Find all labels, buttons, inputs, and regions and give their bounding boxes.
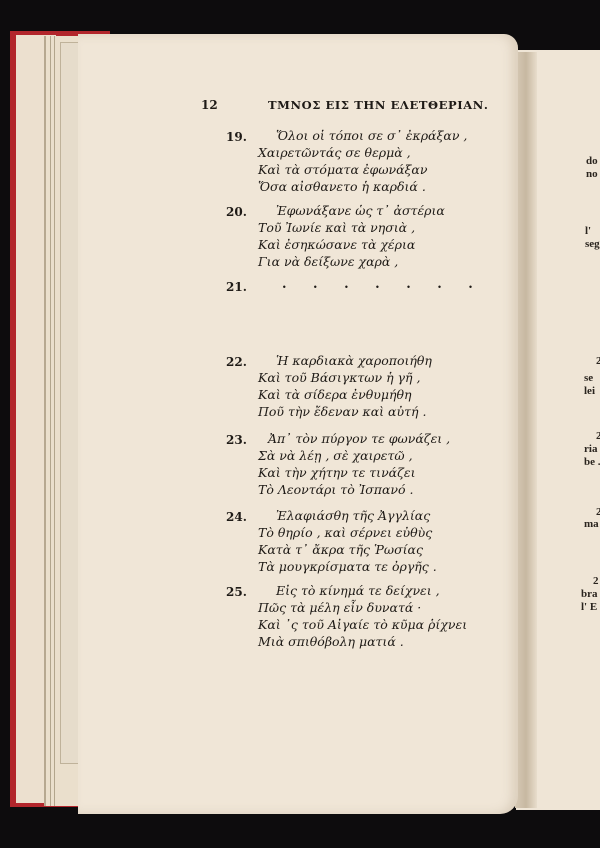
verse-line: Ἐφωνάξανε ὡς τ᾽ ἀστέρια bbox=[276, 203, 445, 218]
verse-line: Ποῦ τὴν ἔδεναν καὶ αὐτή . bbox=[258, 404, 426, 419]
verse-line: Καὶ τὰ σίδερα ἐνθυμήθη bbox=[258, 387, 411, 402]
verse-line: Πῶς τὰ μέλη εἶν δυνατά · bbox=[258, 600, 421, 615]
facing-page-text: l' E bbox=[581, 601, 597, 613]
verse-line: Μιὰ σπιθόβολη ματιά . bbox=[258, 634, 404, 649]
page-header: 12 ΤΜΝΟΣ ΕΙΣ ΤΗΝ ΕΛΕΤΘΕΡΙΑΝ. bbox=[0, 98, 600, 118]
verse-line: Καὶ ᾽ς τοῦ Αἰγαίε τὸ κῦμα ῥίχνει bbox=[258, 617, 467, 632]
omitted-stanza-dots: . . . . . . . bbox=[282, 277, 484, 292]
stanza-number: 24. bbox=[226, 510, 247, 524]
verse-line: Καὶ τὰ στόματα ἐφωνάξαν bbox=[258, 162, 427, 177]
stanza-number: 25. bbox=[226, 585, 247, 599]
facing-page-text: 2 bbox=[596, 355, 600, 367]
verse-line: Ἐλαφιάσθη τῆς Ἀγγλίας bbox=[276, 508, 430, 523]
verse-line: Χαιρετῶντάς σε θερμὰ , bbox=[258, 145, 411, 160]
facing-page-text: seg bbox=[585, 238, 600, 250]
verse-line: Ὅλοι οἱ τόποι σε σ᾽ ἐκράξαν , bbox=[276, 128, 467, 143]
facing-page-text: be . bbox=[584, 456, 600, 468]
facing-page-text: 2 bbox=[596, 430, 600, 442]
page-stack-edge bbox=[50, 36, 51, 806]
facing-page-text: do bbox=[586, 155, 598, 167]
facing-page-text: bra bbox=[581, 588, 598, 600]
verse-line: Καὶ ἐσηκώσανε τὰ χέρια bbox=[258, 237, 415, 252]
page-stack-edge bbox=[54, 36, 55, 806]
verse-line: Εἰς τὸ κίνημά τε δείχνει , bbox=[276, 583, 440, 598]
stanza-number: 21. bbox=[226, 280, 247, 294]
facing-page-text: 2 bbox=[596, 506, 600, 518]
verse-line: Κατὰ τ᾽ ἄκρα τῆς Ῥωσίας bbox=[258, 542, 423, 557]
facing-page-text: lei bbox=[584, 385, 595, 397]
facing-page-text: 2 bbox=[593, 575, 599, 587]
verse-line: Για νὰ δείξωνε χαρὰ , bbox=[258, 254, 398, 269]
verse-line: Ἀπ᾽ τὸν πύργον τε φωνάζει , bbox=[268, 431, 450, 446]
verse-line: Τοῦ Ἰωνίε καὶ τὰ νησιὰ , bbox=[258, 220, 415, 235]
running-title: ΤΜΝΟΣ ΕΙΣ ΤΗΝ ΕΛΕΤΘΕΡΙΑΝ. bbox=[268, 98, 488, 112]
stanza-number: 20. bbox=[226, 205, 247, 219]
page-number: 12 bbox=[201, 98, 218, 112]
verse-line: Τὸ Λεοντάρι τὸ Ἰσπανό . bbox=[258, 482, 413, 497]
verse-line: Τὰ μουγκρίσματα τε ὀργῆς . bbox=[258, 559, 437, 574]
book-gutter bbox=[515, 52, 537, 808]
verse-line: Ὅσα αἰσθανετο ἡ καρδιά . bbox=[258, 179, 426, 194]
facing-page-text: l' bbox=[585, 225, 591, 237]
facing-page-text: ma bbox=[584, 518, 599, 530]
verse-line: Σὰ νὰ λέῃ , σὲ χαιρετῶ , bbox=[258, 448, 413, 463]
verse-line: Τὸ θηρίο , καὶ σέρνει εὐθὺς bbox=[258, 525, 432, 540]
stanza-number: 19. bbox=[226, 130, 247, 144]
verse-line: Ἡ καρδιακὰ χαροποιήθη bbox=[276, 353, 432, 368]
stanza-number: 22. bbox=[226, 355, 247, 369]
facing-page-text: se bbox=[584, 372, 593, 384]
facing-page-text: no bbox=[586, 168, 598, 180]
stanza-number: 23. bbox=[226, 433, 247, 447]
verse-line: Καὶ τοῦ Βάσιγκτων ἡ γῆ , bbox=[258, 370, 420, 385]
facing-page-text: ria bbox=[584, 443, 597, 455]
verse-line: Καὶ τὴν χήτην τε τινάζει bbox=[258, 465, 416, 480]
